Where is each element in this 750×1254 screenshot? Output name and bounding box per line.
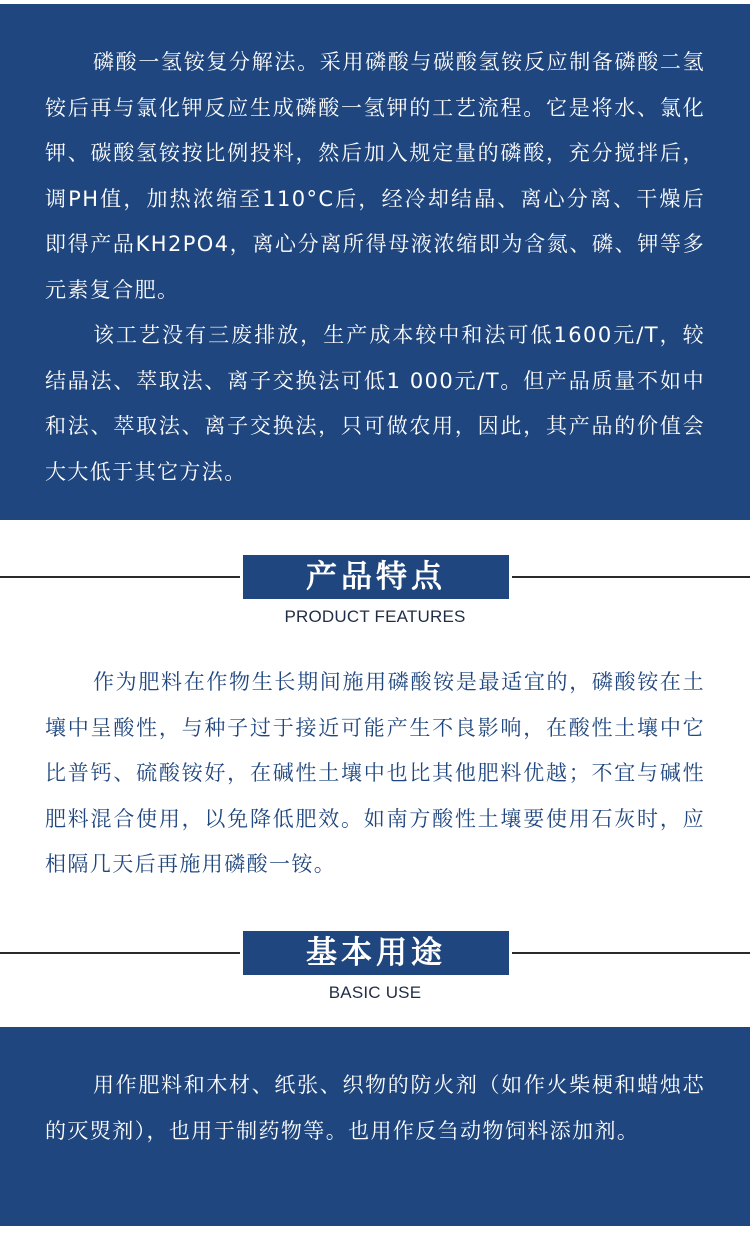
section-title: 基本用途 [243,931,509,975]
basic-use-header: 基本用途 BASIC USE [0,931,750,1011]
divider-line-left [0,952,240,954]
product-features-body: 作为肥料在作物生长期间施用磷酸铵是最适宜的，磷酸铵在土壤中呈酸性，与种子过于接近… [0,660,750,888]
divider-line-left [0,576,240,578]
intro-paragraph-2: 该工艺没有三废排放，生产成本较中和法可低1600元/T，较结晶法、萃取法、离子交… [45,313,705,495]
section-title: 产品特点 [243,555,509,599]
divider-line-right [512,952,750,954]
intro-paragraph-1: 磷酸一氢铵复分解法。采用磷酸与碳酸氢铵反应制备磷酸二氢铵后再与氯化钾反应生成磷酸… [45,40,705,313]
divider-line-right [512,576,750,578]
product-features-header: 产品特点 PRODUCT FEATURES [0,555,750,635]
features-paragraph-1: 作为肥料在作物生长期间施用磷酸铵是最适宜的，磷酸铵在土壤中呈酸性，与种子过于接近… [45,660,705,888]
basic-use-panel: 用作肥料和木材、纸张、织物的防火剂（如作火柴梗和蜡烛芯的灭焽剂），也用于制药物等… [0,1027,750,1226]
basic-use-paragraph-1: 用作肥料和木材、纸张、织物的防火剂（如作火柴梗和蜡烛芯的灭焽剂），也用于制药物等… [45,1063,705,1154]
intro-panel: 磷酸一氢铵复分解法。采用磷酸与碳酸氢铵反应制备磷酸二氢铵后再与氯化钾反应生成磷酸… [0,4,750,520]
section-subtitle: BASIC USE [0,983,750,1003]
section-subtitle: PRODUCT FEATURES [0,607,750,627]
